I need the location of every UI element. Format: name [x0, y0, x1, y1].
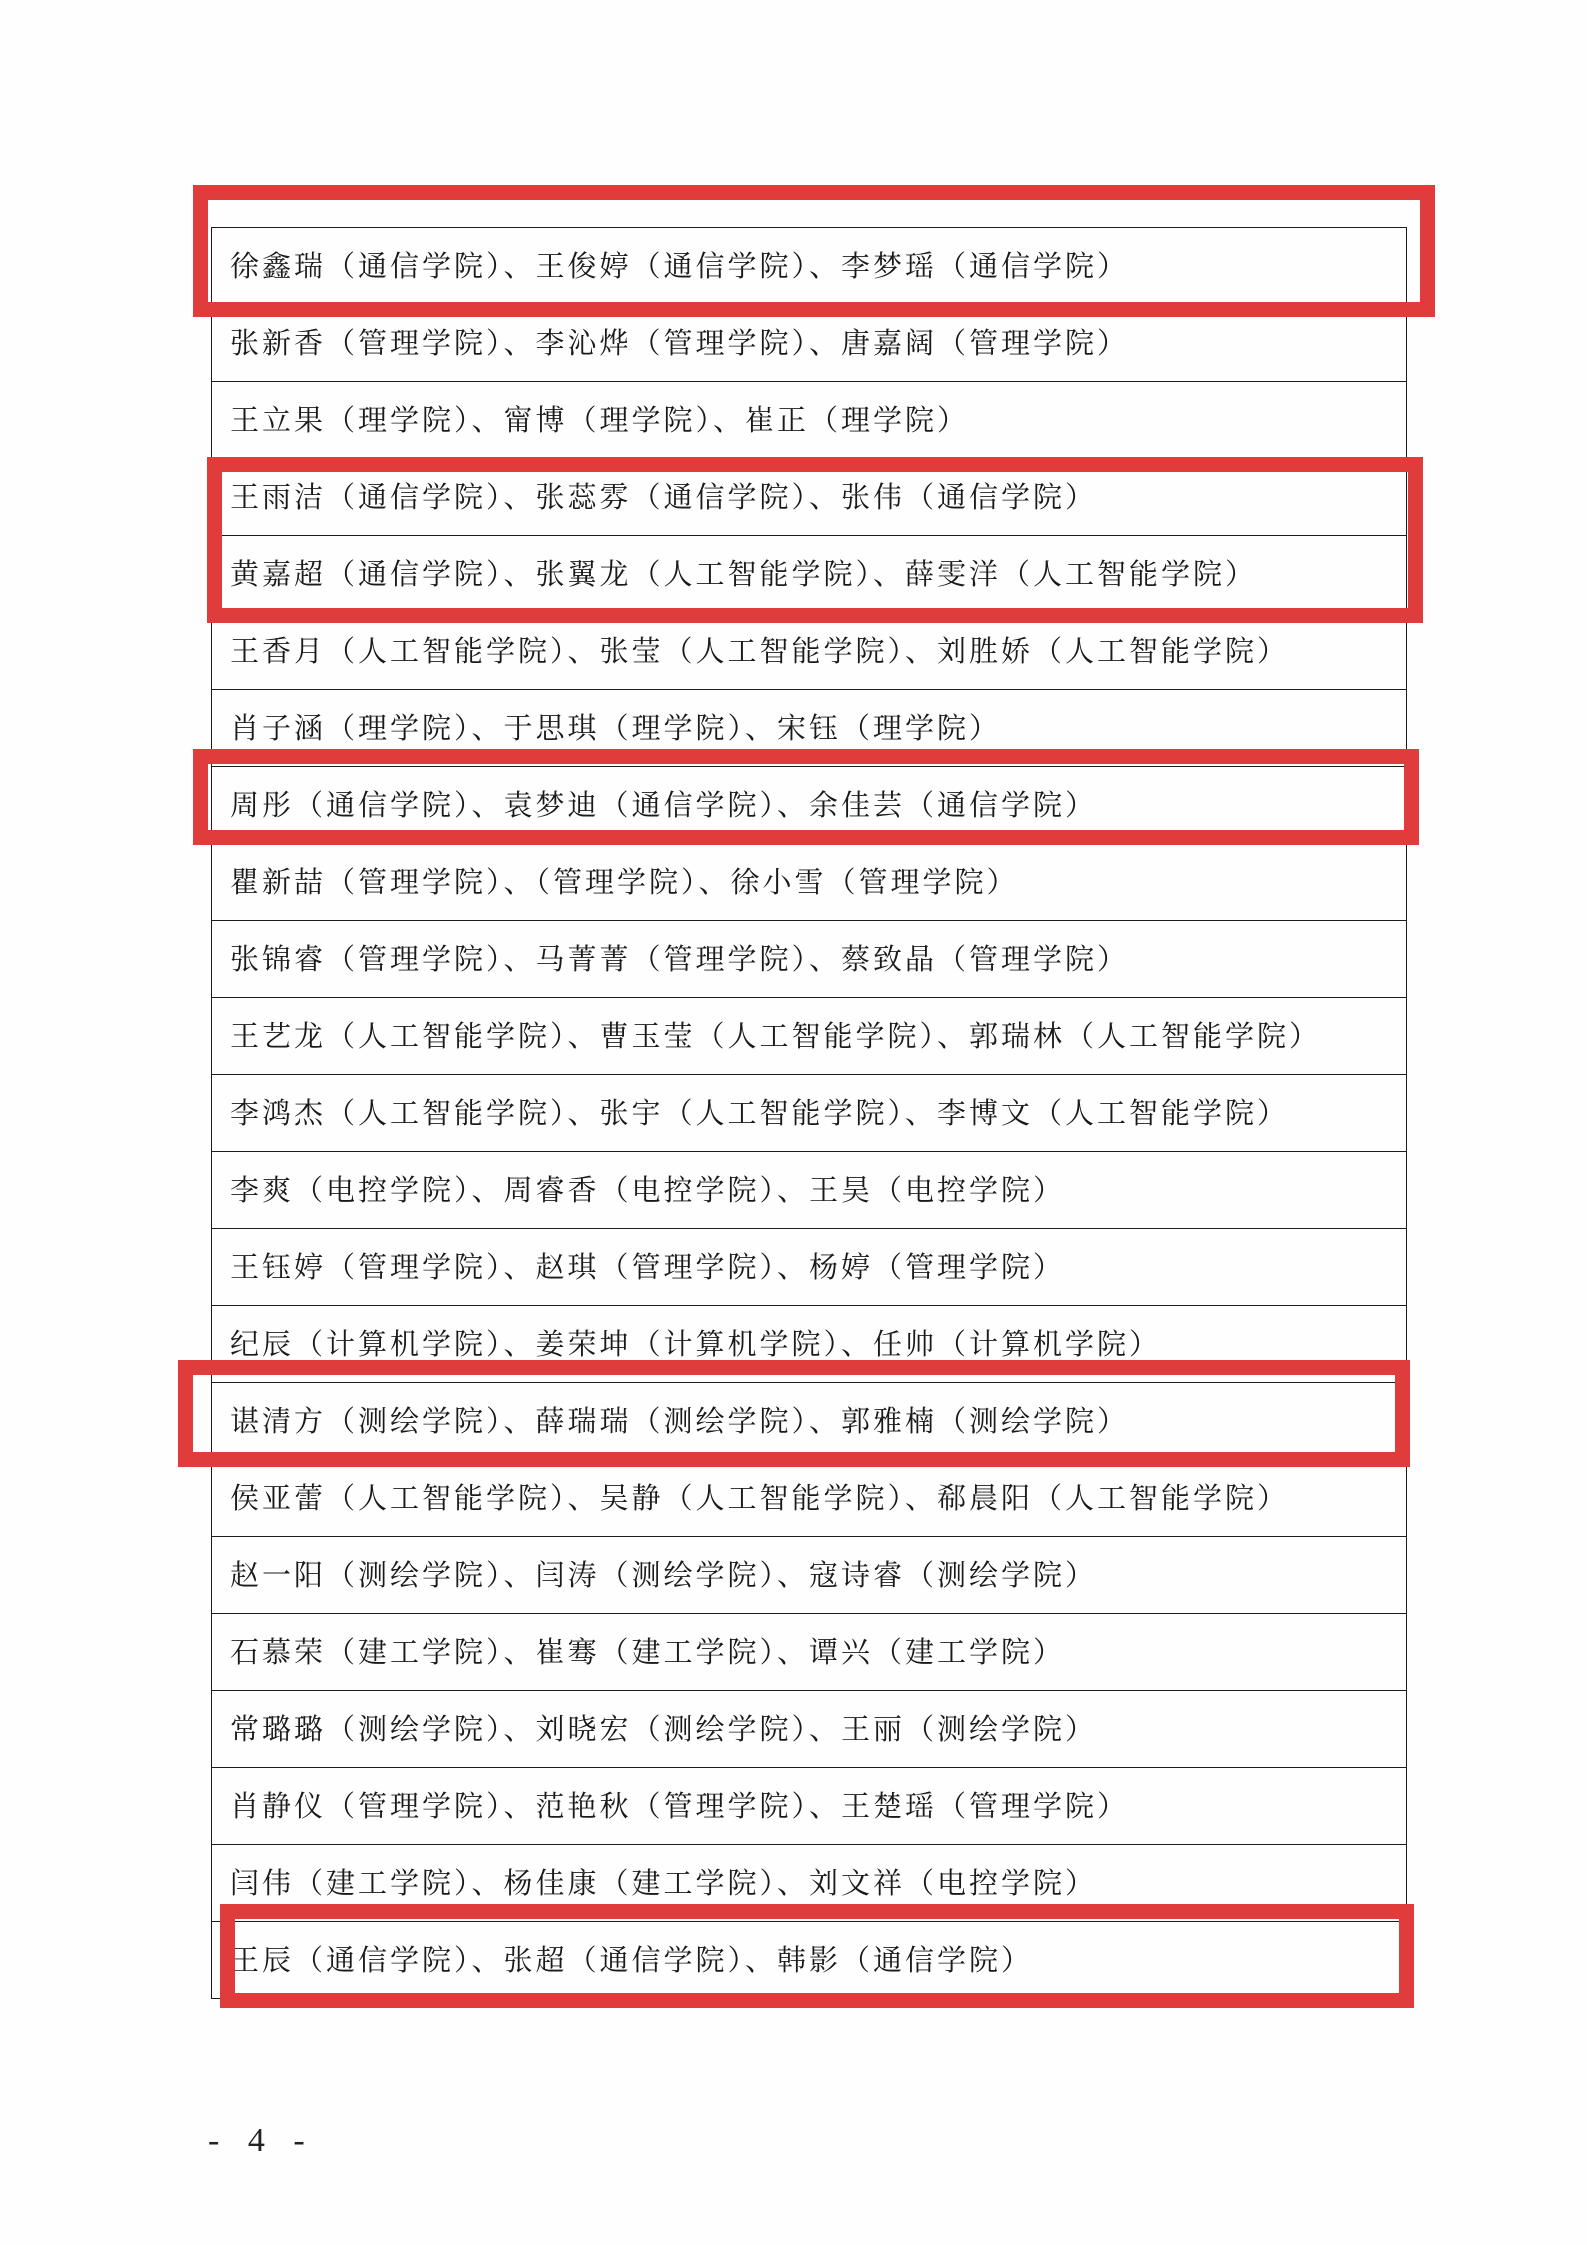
page-number: - 4 - [208, 2122, 315, 2160]
table-cell: 黄嘉超（通信学院）、张翼龙（人工智能学院）、薛雯洋（人工智能学院） [212, 536, 1407, 613]
table-cell: 石慕荣（建工学院）、崔骞（建工学院）、谭兴（建工学院） [212, 1614, 1407, 1691]
table-cell: 常璐璐（测绘学院）、刘晓宏（测绘学院）、王丽（测绘学院） [212, 1691, 1407, 1768]
table-row: 侯亚蕾（人工智能学院）、吴静（人工智能学院）、郗晨阳（人工智能学院） [212, 1460, 1407, 1537]
table-cell: 李爽（电控学院）、周睿香（电控学院）、王昊（电控学院） [212, 1152, 1407, 1229]
table-cell: 王艺龙（人工智能学院）、曹玉莹（人工智能学院）、郭瑞林（人工智能学院） [212, 998, 1407, 1075]
table-cell: 王雨洁（通信学院）、张蕊雰（通信学院）、张伟（通信学院） [212, 459, 1407, 536]
table-row: 王雨洁（通信学院）、张蕊雰（通信学院）、张伟（通信学院） [212, 459, 1407, 536]
table-row: 石慕荣（建工学院）、崔骞（建工学院）、谭兴（建工学院） [212, 1614, 1407, 1691]
table-cell: 徐鑫瑞（通信学院）、王俊婷（通信学院）、李梦瑶（通信学院） [212, 228, 1407, 305]
table-cell: 闫伟（建工学院）、杨佳康（建工学院）、刘文祥（电控学院） [212, 1845, 1407, 1922]
table-row: 李爽（电控学院）、周睿香（电控学院）、王昊（电控学院） [212, 1152, 1407, 1229]
table-row: 闫伟（建工学院）、杨佳康（建工学院）、刘文祥（电控学院） [212, 1845, 1407, 1922]
table-row: 徐鑫瑞（通信学院）、王俊婷（通信学院）、李梦瑶（通信学院） [212, 228, 1407, 305]
table-cell: 赵一阳（测绘学院）、闫涛（测绘学院）、寇诗睿（测绘学院） [212, 1537, 1407, 1614]
table-row: 黄嘉超（通信学院）、张翼龙（人工智能学院）、薛雯洋（人工智能学院） [212, 536, 1407, 613]
document-page: 徐鑫瑞（通信学院）、王俊婷（通信学院）、李梦瑶（通信学院） 张新香（管理学院）、… [0, 0, 1587, 2245]
table-cell: 王辰（通信学院）、张超（通信学院）、韩影（通信学院） [212, 1922, 1407, 1999]
table-cell: 侯亚蕾（人工智能学院）、吴静（人工智能学院）、郗晨阳（人工智能学院） [212, 1460, 1407, 1537]
table-row: 李鸿杰（人工智能学院）、张宇（人工智能学院）、李博文（人工智能学院） [212, 1075, 1407, 1152]
table-row: 周彤（通信学院）、袁梦迪（通信学院）、余佳芸（通信学院） [212, 767, 1407, 844]
table-row: 王香月（人工智能学院）、张莹（人工智能学院）、刘胜娇（人工智能学院） [212, 613, 1407, 690]
table-row: 肖子涵（理学院）、于思琪（理学院）、宋钰（理学院） [212, 690, 1407, 767]
table-cell: 纪辰（计算机学院）、姜荣坤（计算机学院）、任帅（计算机学院） [212, 1306, 1407, 1383]
table-cell: 张锦睿（管理学院）、马菁菁（管理学院）、蔡致晶（管理学院） [212, 921, 1407, 998]
table-row: 纪辰（计算机学院）、姜荣坤（计算机学院）、任帅（计算机学院） [212, 1306, 1407, 1383]
table-row: 王钰婷（管理学院）、赵琪（管理学院）、杨婷（管理学院） [212, 1229, 1407, 1306]
table-cell: 王香月（人工智能学院）、张莹（人工智能学院）、刘胜娇（人工智能学院） [212, 613, 1407, 690]
table-cell: 肖子涵（理学院）、于思琪（理学院）、宋钰（理学院） [212, 690, 1407, 767]
table-row: 王艺龙（人工智能学院）、曹玉莹（人工智能学院）、郭瑞林（人工智能学院） [212, 998, 1407, 1075]
table-row: 张锦睿（管理学院）、马菁菁（管理学院）、蔡致晶（管理学院） [212, 921, 1407, 998]
table-cell: 肖静仪（管理学院）、范艳秋（管理学院）、王楚瑶（管理学院） [212, 1768, 1407, 1845]
table-row: 王辰（通信学院）、张超（通信学院）、韩影（通信学院） [212, 1922, 1407, 1999]
table-cell: 李鸿杰（人工智能学院）、张宇（人工智能学院）、李博文（人工智能学院） [212, 1075, 1407, 1152]
table-cell: 王钰婷（管理学院）、赵琪（管理学院）、杨婷（管理学院） [212, 1229, 1407, 1306]
table-cell: 瞿新喆（管理学院）、（管理学院）、徐小雪（管理学院） [212, 844, 1407, 921]
table-cell: 谌清方（测绘学院）、薛瑞瑞（测绘学院）、郭雅楠（测绘学院） [212, 1383, 1407, 1460]
table-row: 王立果（理学院）、甯博（理学院）、崔正（理学院） [212, 382, 1407, 459]
name-list-table: 徐鑫瑞（通信学院）、王俊婷（通信学院）、李梦瑶（通信学院） 张新香（管理学院）、… [211, 227, 1407, 1999]
table-row: 张新香（管理学院）、李沁烨（管理学院）、唐嘉阔（管理学院） [212, 305, 1407, 382]
table-row: 常璐璐（测绘学院）、刘晓宏（测绘学院）、王丽（测绘学院） [212, 1691, 1407, 1768]
table-row: 谌清方（测绘学院）、薛瑞瑞（测绘学院）、郭雅楠（测绘学院） [212, 1383, 1407, 1460]
table-cell: 张新香（管理学院）、李沁烨（管理学院）、唐嘉阔（管理学院） [212, 305, 1407, 382]
table-row: 赵一阳（测绘学院）、闫涛（测绘学院）、寇诗睿（测绘学院） [212, 1537, 1407, 1614]
table-cell: 周彤（通信学院）、袁梦迪（通信学院）、余佳芸（通信学院） [212, 767, 1407, 844]
table-row: 瞿新喆（管理学院）、（管理学院）、徐小雪（管理学院） [212, 844, 1407, 921]
table-row: 肖静仪（管理学院）、范艳秋（管理学院）、王楚瑶（管理学院） [212, 1768, 1407, 1845]
table-cell: 王立果（理学院）、甯博（理学院）、崔正（理学院） [212, 382, 1407, 459]
